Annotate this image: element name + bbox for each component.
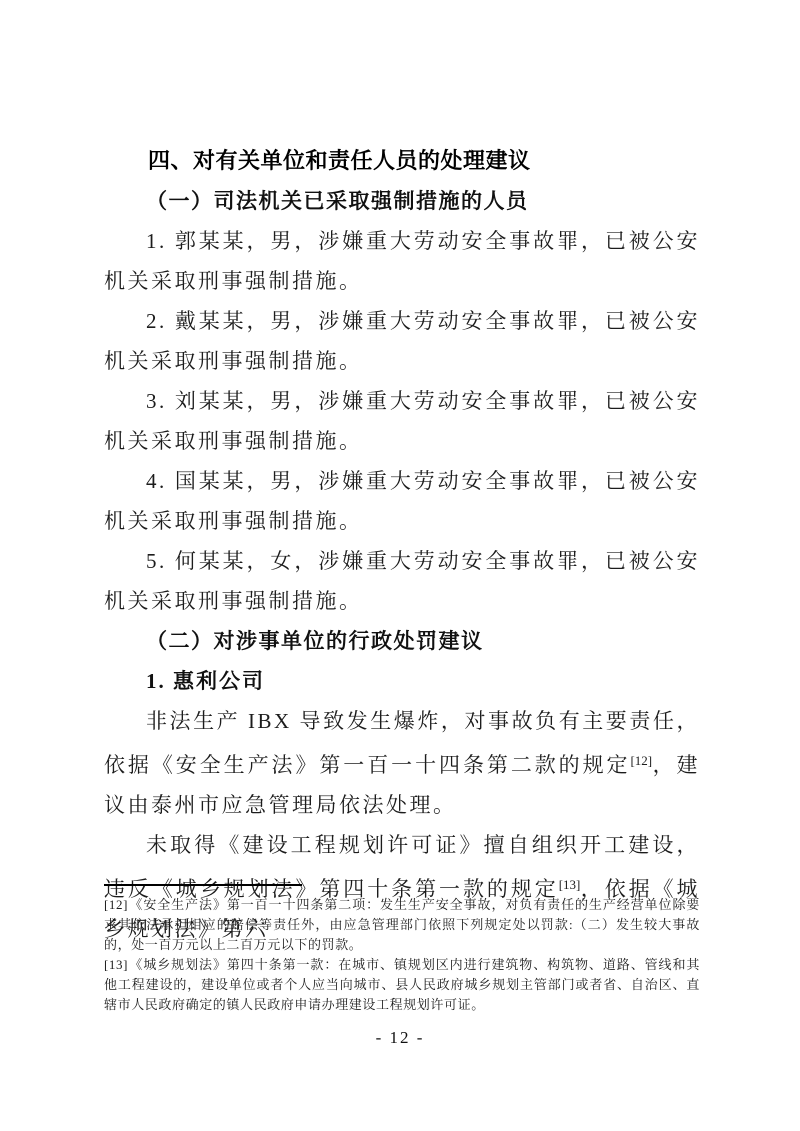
footnote-12-text: 《安全生产法》第一百一十四条第二项：发生生产安全事故，对负有责任的生产经营单位除…: [104, 897, 700, 952]
footnote-13: [13]《城乡规划法》第四十条第一款：在城市、镇规划区内进行建筑物、构筑物、道路…: [104, 955, 700, 1015]
section-heading: 四、对有关单位和责任人员的处理建议: [104, 141, 700, 181]
subsection-1-heading: （一）司法机关已采取强制措施的人员: [104, 181, 700, 221]
person-paragraph-1: 1. 郭某某，男，涉嫌重大劳动安全事故罪，已被公安机关采取刑事强制措施。: [104, 221, 700, 301]
footnote-12-marker: [12]: [104, 897, 128, 912]
document-body: 四、对有关单位和责任人员的处理建议 （一）司法机关已采取强制措施的人员 1. 郭…: [104, 141, 700, 949]
footnote-separator: [104, 884, 302, 886]
footnotes-section: [12]《安全生产法》第一百一十四条第二项：发生生产安全事故，对负有责任的生产经…: [104, 884, 700, 1015]
person-paragraph-4: 4. 国某某，男，涉嫌重大劳动安全事故罪，已被公安机关采取刑事强制措施。: [104, 461, 700, 541]
person-paragraph-5: 5. 何某某，女，涉嫌重大劳动安全事故罪，已被公安机关采取刑事强制措施。: [104, 541, 700, 621]
company-heading: 1. 惠利公司: [104, 661, 700, 701]
footnote-13-marker: [13]: [104, 957, 128, 972]
person-paragraph-2: 2. 戴某某，男，涉嫌重大劳动安全事故罪，已被公安机关采取刑事强制措施。: [104, 301, 700, 381]
footnote-13-text: 《城乡规划法》第四十条第一款：在城市、镇规划区内进行建筑物、构筑物、道路、管线和…: [104, 957, 700, 1012]
person-paragraph-3: 3. 刘某某，男，涉嫌重大劳动安全事故罪，已被公安机关采取刑事强制措施。: [104, 381, 700, 461]
paragraph-text: 非法生产 IBX 导致发生爆炸，对事故负有主要责任，依据《安全生产法》第一百一十…: [104, 709, 700, 777]
footnote-ref-12: [12]: [630, 753, 652, 768]
company-paragraph-1: 非法生产 IBX 导致发生爆炸，对事故负有主要责任，依据《安全生产法》第一百一十…: [104, 701, 700, 825]
document-page: 四、对有关单位和责任人员的处理建议 （一）司法机关已采取强制措施的人员 1. 郭…: [0, 0, 800, 1131]
subsection-2-heading: （二）对涉事单位的行政处罚建议: [104, 621, 700, 661]
footnote-12: [12]《安全生产法》第一百一十四条第二项：发生生产安全事故，对负有责任的生产经…: [104, 895, 700, 955]
page-number: - 12 -: [0, 1028, 800, 1048]
